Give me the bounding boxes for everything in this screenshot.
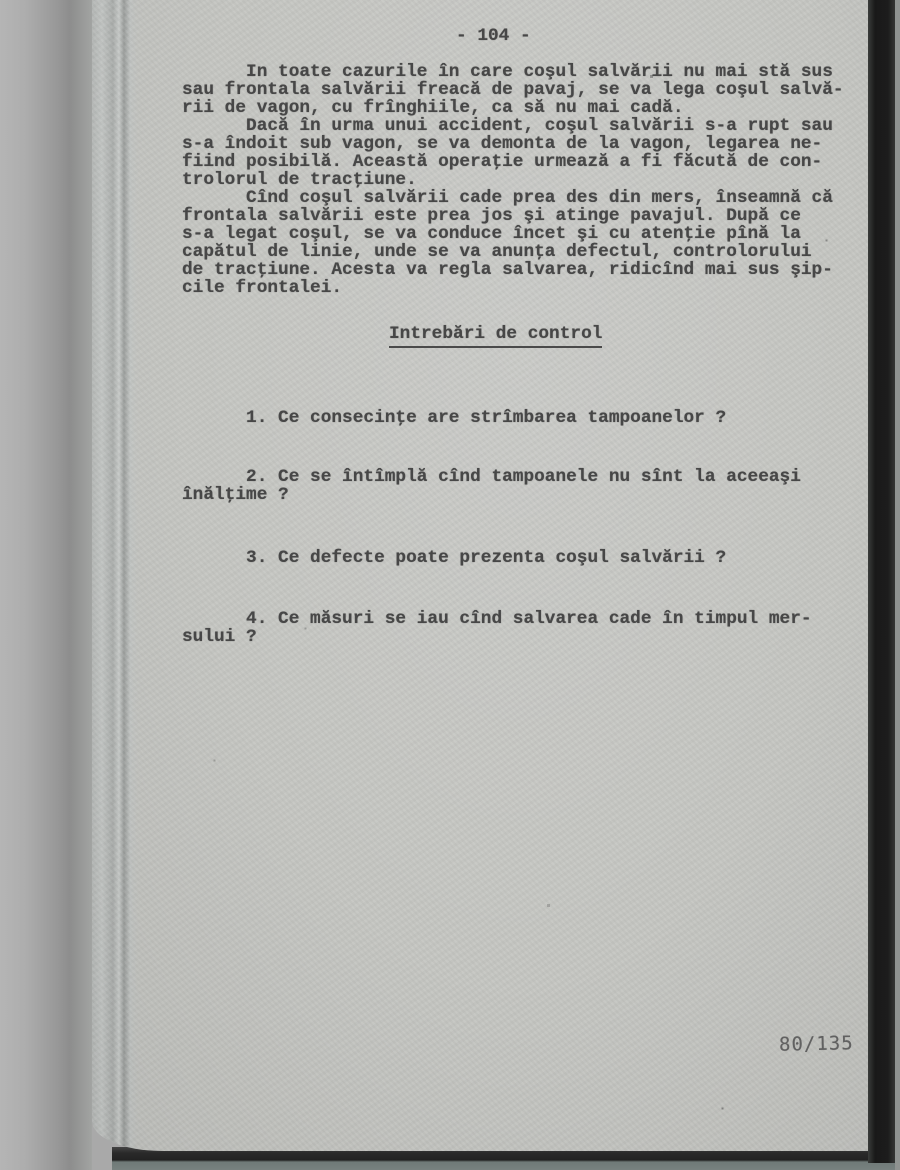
control-questions-list: 1. Ce consecinţe are strîmbarea tampoane… bbox=[182, 373, 812, 664]
question-3: 3. Ce defecte poate prezenta coşul salvă… bbox=[182, 549, 812, 567]
question-1: 1. Ce consecinţe are strîmbarea tampoane… bbox=[182, 409, 812, 427]
scanner-margin-left bbox=[0, 0, 92, 1170]
question-2: 2. Ce se întîmplă cînd tampoanele nu sîn… bbox=[182, 468, 812, 504]
body-text: In toate cazurile în care coşul salvării… bbox=[182, 63, 844, 297]
control-questions-heading: Intrebări de control bbox=[389, 325, 602, 348]
scanned-book-page: { "page": { "header_page_number": "- 104… bbox=[0, 0, 900, 1170]
handwritten-folio-number: 80/135 bbox=[779, 1032, 854, 1056]
dust-specks bbox=[0, 0, 1, 1]
question-4: 4. Ce măsuri se iau cînd salvarea cade î… bbox=[182, 610, 812, 646]
book-right-edge bbox=[868, 0, 895, 1163]
page-number-header: - 104 - bbox=[456, 27, 531, 45]
scanner-margin-right bbox=[895, 0, 900, 1170]
